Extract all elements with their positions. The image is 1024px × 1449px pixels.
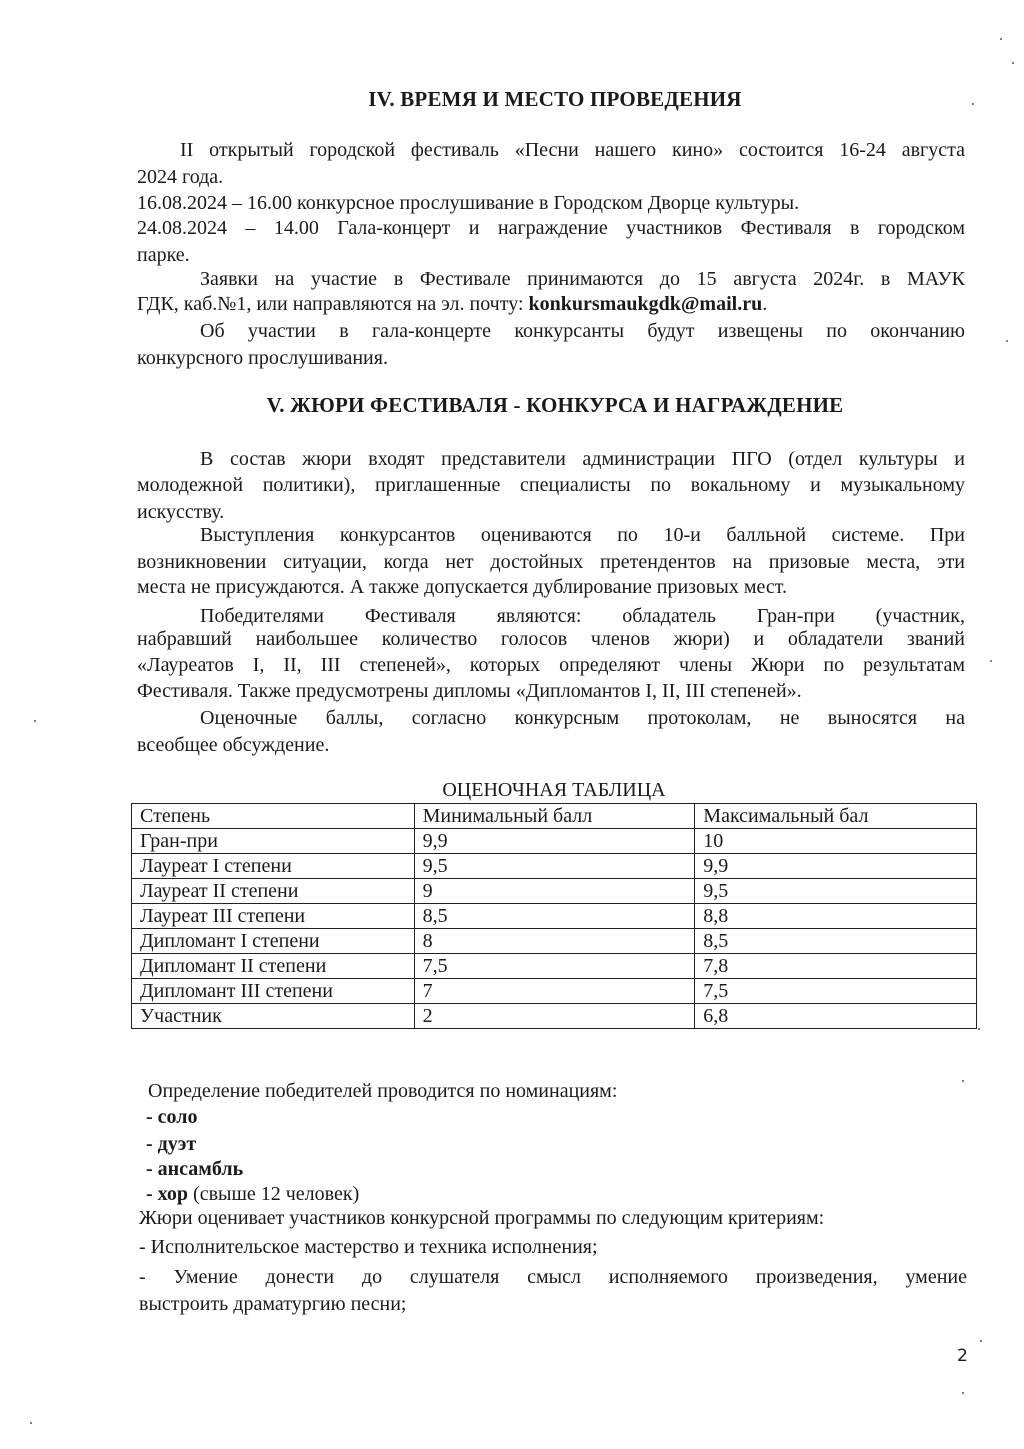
cell-degree: Участник [132,1004,415,1029]
text: . [762,293,767,315]
nomination-name: - соло [146,1106,198,1128]
paragraph-line: II открытый городской фестиваль «Песни н… [180,137,965,163]
paragraph-line: В состав жюри входят представители админ… [200,446,965,472]
cell-degree: Дипломант I степени [132,929,415,954]
table-row: Дипломант I степени 8 8,5 [132,929,977,954]
table-caption: ОЦЕНОЧНАЯ ТАБЛИЦА [131,779,977,802]
cell-degree: Лауреат II степени [132,879,415,904]
cell-min: 9,5 [414,854,695,879]
cell-max: 9,5 [695,879,977,904]
paragraph-line: набравший наибольшее количество голосов … [137,626,965,652]
cell-degree: Лауреат I степени [132,854,415,879]
cell-min: 9 [414,879,695,904]
criteria-item: - Исполнительское мастерство и техника и… [139,1234,967,1260]
scan-speck [990,660,992,662]
cell-max: 9,9 [695,854,977,879]
page-number: 2 [957,1346,968,1366]
scan-speck [1012,62,1014,64]
cell-max: 8,5 [695,929,977,954]
cell-min: 8,5 [414,904,695,929]
cell-min: 7,5 [414,954,695,979]
text: ГДК, каб.№1, или направляются на эл. поч… [137,293,529,315]
scan-speck [1000,38,1002,40]
cell-degree: Дипломант III степени [132,979,415,1004]
cell-min: 9,9 [414,829,695,854]
nomination-item: - хор (свыше 12 человек) [146,1181,974,1207]
header-cell: Максимальный бал [695,804,977,829]
paragraph-line: Оценочные баллы, согласно конкурсным про… [200,705,965,731]
paragraph-line: всеобщее обсуждение. [137,732,965,758]
table-header-row: Степень Минимальный балл Максимальный ба… [132,804,977,829]
cell-max: 7,5 [695,979,977,1004]
header-cell: Минимальный балл [414,804,695,829]
cell-min: 2 [414,1004,695,1029]
scan-speck [980,1340,982,1342]
section-heading-jury: V. ЖЮРИ ФЕСТИВАЛЯ - КОНКУРСА И НАГРАЖДЕН… [130,393,980,418]
document-page: IV. ВРЕМЯ И МЕСТО ПРОВЕДЕНИЯ II открытый… [0,0,1024,1449]
cell-max: 10 [695,829,977,854]
score-table: Степень Минимальный балл Максимальный ба… [131,803,977,1029]
nomination-name: - ансамбль [146,1158,243,1180]
section-heading-time-place: IV. ВРЕМЯ И МЕСТО ПРОВЕДЕНИЯ [130,87,980,112]
cell-min: 7 [414,979,695,1004]
paragraph-line: Фестиваля. Также предусмотрены дипломы «… [137,678,965,704]
nomination-name: - дуэт [146,1133,196,1155]
cell-max: 8,8 [695,904,977,929]
cell-degree: Гран-при [132,829,415,854]
table-row: Дипломант III степени 7 7,5 [132,979,977,1004]
criteria-item: - Умение донести до слушателя смысл испо… [139,1264,967,1290]
criteria-intro: Жюри оценивает участников конкурсной про… [139,1205,967,1231]
scan-speck [972,103,974,105]
cell-min: 8 [414,929,695,954]
scan-speck [34,720,36,722]
nomination-item: - ансамбль [146,1156,974,1182]
scan-speck [30,1422,32,1424]
criteria-item: выстроить драматургию песни; [139,1291,967,1317]
cell-degree: Дипломант II степени [132,954,415,979]
table-row: Лауреат III степени 8,5 8,8 [132,904,977,929]
paragraph-line: возникновении ситуации, когда нет достой… [137,549,965,575]
paragraph-line: «Лауреатов I, II, III степеней», которых… [137,652,965,678]
table-row: Лауреат II степени 9 9,5 [132,879,977,904]
paragraph-line: 16.08.2024 – 16.00 конкурсное прослушива… [137,190,965,216]
table-row: Гран-при 9,9 10 [132,829,977,854]
scan-speck [1006,340,1008,342]
table-row: Дипломант II степени 7,5 7,8 [132,954,977,979]
paragraph-line: конкурсного прослушивания. [137,345,965,371]
paragraph-line: 2024 года. [137,164,965,190]
header-cell: Степень [132,804,415,829]
paragraph-line: Заявки на участие в Фестивале принимаютс… [200,266,965,292]
nominations-intro: Определение победителей проводится по но… [148,1078,976,1104]
paragraph-line: Выступления конкурсантов оцениваются по … [200,522,965,548]
table-row: Участник 2 6,8 [132,1004,977,1029]
paragraph-line: Об участии в гала-концерте конкурсанты б… [200,318,965,344]
scan-speck [962,1392,964,1394]
cell-max: 6,8 [695,1004,977,1029]
paragraph-line: ГДК, каб.№1, или направляются на эл. поч… [137,291,965,317]
nomination-item: - соло [146,1104,974,1130]
scan-speck [978,1028,980,1030]
table-row: Лауреат I степени 9,5 9,9 [132,854,977,879]
cell-max: 7,8 [695,954,977,979]
paragraph-line: молодежной политики), приглашенные специ… [137,472,965,498]
paragraph-line: 24.08.2024 – 14.00 Гала-концерт и награж… [137,215,965,241]
nomination-note: (свыше 12 человек) [188,1183,359,1205]
nomination-name: - хор [146,1183,188,1205]
nomination-item: - дуэт [146,1131,974,1157]
scan-speck [962,1080,964,1082]
cell-degree: Лауреат III степени [132,904,415,929]
email-link[interactable]: konkursmaukgdk@mail.ru [529,293,763,315]
paragraph-line: места не присуждаются. А также допускает… [137,574,965,600]
paragraph-line: парке. [137,242,965,268]
